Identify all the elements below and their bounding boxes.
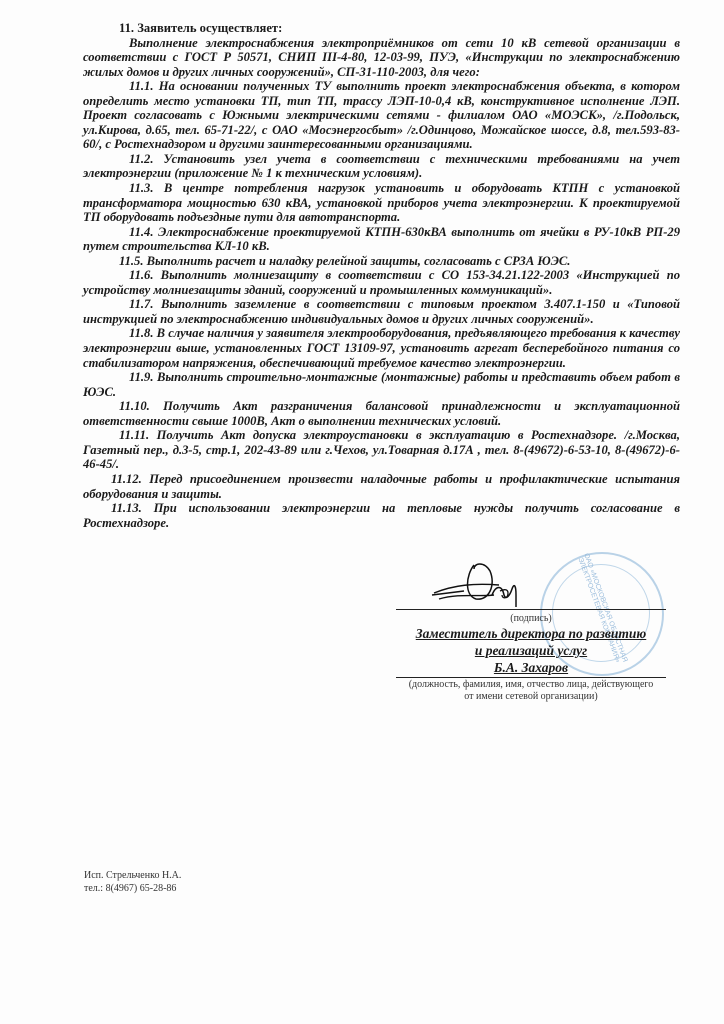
paragraph-11-10: 11.10. Получить Акт разграничения баланс… <box>83 399 680 428</box>
handwritten-signature-icon <box>404 555 564 615</box>
signature-line <box>396 609 666 610</box>
signature-caption: (подпись) <box>396 613 666 624</box>
executor-phone: тел.: 8(4967) 65-28-86 <box>84 882 181 895</box>
paragraph-11-9: 11.9. Выполнить строительно-монтажные (м… <box>83 370 680 399</box>
signatory-position-line1: Заместитель директора по развитию <box>396 626 666 642</box>
paragraph-11-1: 11.1. На основании полученных ТУ выполни… <box>83 79 680 152</box>
signatory-position-line2: и реализаций услуг <box>396 643 666 659</box>
paragraph-11-2: 11.2. Установить узел учета в соответств… <box>83 152 680 181</box>
paragraph-11-8: 11.8. В случае наличия у заявителя элект… <box>83 326 680 370</box>
section-heading: 11. Заявитель осуществляет: <box>83 21 680 36</box>
position-line <box>396 677 666 678</box>
executor-info: Исп. Стрельченко Н.А. тел.: 8(4967) 65-2… <box>84 869 181 895</box>
executor-name: Исп. Стрельченко Н.А. <box>84 869 181 882</box>
paragraph-11-3: 11.3. В центре потребления нагрузок уста… <box>83 181 680 225</box>
paragraph-11-12: 11.12. Перед присоединением произвести н… <box>83 472 680 501</box>
position-caption-line1: (должность, фамилия, имя, отчество лица,… <box>396 679 666 690</box>
document-page: 11. Заявитель осуществляет: Выполнение э… <box>0 0 724 1024</box>
paragraph-11-13: 11.13. При использовании электроэнергии … <box>83 501 680 530</box>
paragraph-11-7: 11.7. Выполнить заземление в соответстви… <box>83 297 680 326</box>
paragraph-11-6: 11.6. Выполнить молниезащиту в соответст… <box>83 268 680 297</box>
paragraph-11-5: 11.5. Выполнить расчет и наладку релейно… <box>83 254 680 269</box>
document-body: 11. Заявитель осуществляет: Выполнение э… <box>83 21 680 530</box>
position-caption-line2: от имени сетевой организации) <box>396 691 666 702</box>
paragraph-intro: Выполнение электроснабжения электроприём… <box>83 36 680 80</box>
paragraph-11-4: 11.4. Электроснабжение проектируемой КТП… <box>83 225 680 254</box>
signatory-name: Б.А. Захаров <box>396 660 666 676</box>
paragraph-11-11: 11.11. Получить Акт допуска электроустан… <box>83 428 680 472</box>
